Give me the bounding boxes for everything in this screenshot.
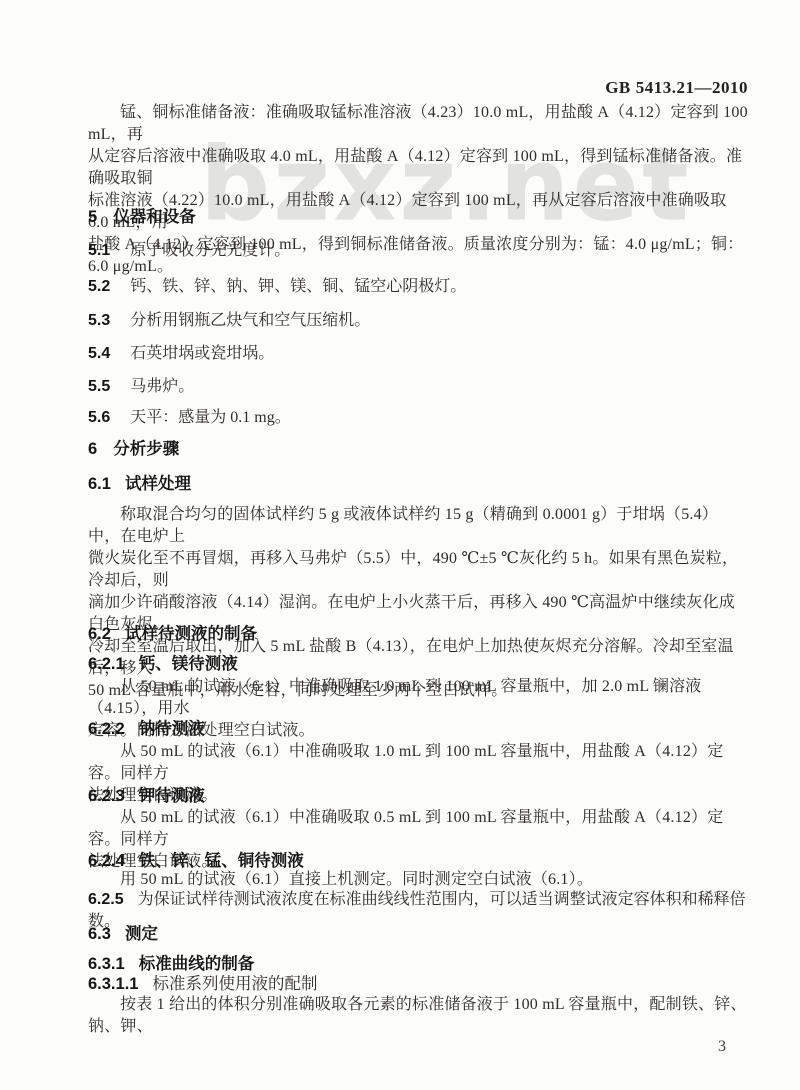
item-5-4-number: 5.4 — [88, 345, 110, 362]
item-5-5-number: 5.5 — [88, 378, 110, 395]
section-6-3-number: 6.3 — [88, 925, 111, 943]
section-6-1-number: 6.1 — [88, 475, 111, 493]
item-5-2-text: 钙、铁、锌、钠、钾、镁、铜、锰空心阴极灯。 — [130, 278, 466, 295]
section-6-heading: 6分析步骤 — [88, 439, 748, 459]
item-5-1: 5.1原子吸收分光光度计。 — [88, 241, 748, 261]
section-6-2-1-heading: 6.2.1钙、镁待测液 — [88, 654, 748, 674]
section-6-2-1-title: 钙、镁待测液 — [139, 655, 238, 673]
item-5-6-text: 天平：感量为 0.1 mg。 — [130, 409, 290, 426]
document-code-header: GB5413.21—2010 — [88, 78, 748, 98]
section-6-title: 分析步骤 — [113, 440, 179, 458]
standard-code-prefix: GB — [605, 78, 631, 97]
section-6-2-2-title: 钠待测液 — [139, 720, 205, 738]
section-6-3-1-1-paragraph: 按表 1 给出的体积分别准确吸取各元素的标准储备液于 100 mL 容量瓶中，配… — [88, 994, 748, 1038]
section-6-1-heading: 6.1试样处理 — [88, 474, 748, 494]
item-5-3: 5.3分析用钢瓶乙炔气和空气压缩机。 — [88, 311, 748, 331]
section-6-3-1-1-number: 6.3.1.1 — [88, 975, 138, 993]
section-6-2-4-title: 铁、锌、锰、铜待测液 — [139, 852, 304, 870]
section-6-3-1-number: 6.3.1 — [88, 955, 125, 973]
item-5-1-number: 5.1 — [88, 242, 110, 259]
section-6-2-1-number: 6.2.1 — [88, 655, 125, 673]
section-6-1-title: 试样处理 — [125, 475, 191, 493]
section-6-3-heading: 6.3测定 — [88, 924, 748, 944]
item-5-3-text: 分析用钢瓶乙炔气和空气压缩机。 — [130, 312, 370, 329]
section-6-2-3-number: 6.2.3 — [88, 787, 125, 805]
section-6-2-title: 试样待测液的制备 — [125, 625, 257, 643]
standard-code-number: 5413.21—2010 — [636, 78, 748, 97]
section-6-2-4-number: 6.2.4 — [88, 852, 125, 870]
item-5-5: 5.5马弗炉。 — [88, 377, 748, 397]
section-6-3-1-heading: 6.3.1标准曲线的制备 — [88, 954, 748, 974]
section-5-title: 仪器和设备 — [113, 208, 196, 226]
document-page: bzxz.net GB5413.21—2010 锰、铜标准储备液：准确吸取锰标准… — [0, 0, 800, 1090]
item-5-4: 5.4石英坩埚或瓷坩埚。 — [88, 344, 748, 364]
section-6-2-3-title: 钾待测液 — [139, 787, 205, 805]
item-5-5-text: 马弗炉。 — [130, 378, 194, 395]
section-6-number: 6 — [88, 440, 97, 458]
item-5-3-number: 5.3 — [88, 312, 110, 329]
item-5-6-number: 5.6 — [88, 409, 110, 426]
item-5-2: 5.2钙、铁、锌、钠、钾、镁、铜、锰空心阴极灯。 — [88, 277, 748, 297]
section-6-2-4-paragraph: 用 50 mL 的试液（6.1）直接上机测定。同时测定空白试液（6.1）。 — [88, 869, 748, 891]
section-6-2-2-number: 6.2.2 — [88, 720, 125, 738]
item-5-4-text: 石英坩埚或瓷坩埚。 — [130, 345, 274, 362]
section-6-2-2-heading: 6.2.2钠待测液 — [88, 719, 748, 739]
section-6-2-heading: 6.2试样待测液的制备 — [88, 624, 748, 644]
item-5-1-text: 原子吸收分光光度计。 — [130, 242, 290, 259]
section-5-heading: 5仪器和设备 — [88, 207, 748, 227]
page-number: 3 — [88, 1038, 726, 1056]
section-6-2-number: 6.2 — [88, 625, 111, 643]
section-6-2-5-number: 6.2.5 — [88, 891, 124, 908]
section-6-3-1-1-title: 标准系列使用液的配制 — [152, 974, 317, 993]
section-6-3-1-1-heading: 6.3.1.1标准系列使用液的配制 — [88, 974, 748, 994]
section-6-2-4-heading: 6.2.4铁、锌、锰、铜待测液 — [88, 851, 748, 871]
item-5-6: 5.6天平：感量为 0.1 mg。 — [88, 408, 748, 428]
section-6-2-3-heading: 6.2.3钾待测液 — [88, 786, 748, 806]
section-6-3-1-title: 标准曲线的制备 — [139, 955, 255, 973]
item-5-2-number: 5.2 — [88, 278, 110, 295]
section-6-3-title: 测定 — [125, 925, 158, 943]
section-5-number: 5 — [88, 208, 97, 226]
